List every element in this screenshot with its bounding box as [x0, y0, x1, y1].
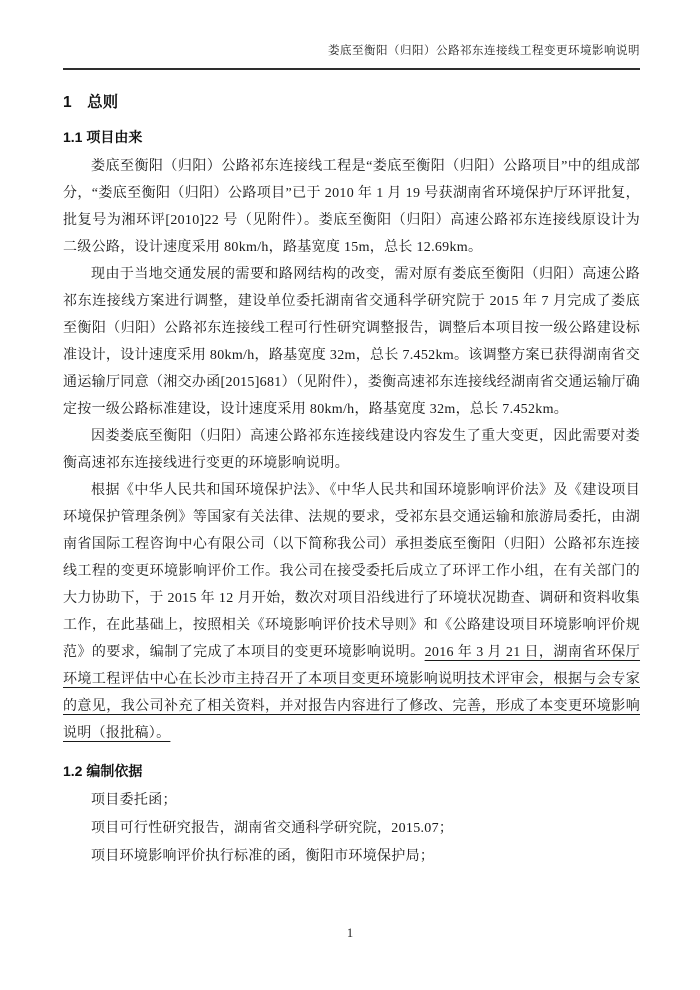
paragraph-2: 现由于当地交通发展的需要和路网结构的改变，需对原有娄底至衡阳（归阳）高速公路祁东… — [63, 261, 640, 423]
chapter-heading: 1 总则 — [63, 93, 640, 113]
paragraph-1: 娄底至衡阳（归阳）公路祁东连接线工程是“娄底至衡阳（归阳）公路项目”中的组成部分… — [63, 153, 640, 261]
section-heading-compilation-basis: 1.2 编制依据 — [63, 761, 640, 781]
basis-item-3: 项目环境影响评价执行标准的函，衡阳市环境保护局； — [63, 843, 640, 871]
document-body: 1 总则 1.1 项目由来 娄底至衡阳（归阳）公路祁东连接线工程是“娄底至衡阳（… — [63, 93, 640, 871]
running-title: 娄底至衡阳（归阳）公路祁东连接线工程变更环境影响说明 — [63, 44, 640, 59]
paragraph-4: 根据《中华人民共和国环境保护法》、《中华人民共和国环境影响评价法》及《建设项目环… — [63, 477, 640, 747]
header-rule — [63, 68, 640, 70]
document-page: 娄底至衡阳（归阳）公路祁东连接线工程变更环境影响说明 1 总则 1.1 项目由来… — [0, 0, 700, 990]
paragraph-3: 因娄娄底至衡阳（归阳）高速公路祁东连接线建设内容发生了重大变更，因此需要对娄衡高… — [63, 423, 640, 477]
section-heading-project-origin: 1.1 项目由来 — [63, 127, 640, 147]
page-footer: 1 — [0, 924, 700, 942]
page-number: 1 — [347, 926, 353, 940]
page-header: 娄底至衡阳（归阳）公路祁东连接线工程变更环境影响说明 — [63, 44, 640, 70]
basis-item-1: 项目委托函； — [63, 787, 640, 815]
basis-item-2: 项目可行性研究报告，湖南省交通科学研究院，2015.07； — [63, 815, 640, 843]
paragraph-4-text: 根据《中华人民共和国环境保护法》、《中华人民共和国环境影响评价法》及《建设项目环… — [63, 483, 640, 660]
